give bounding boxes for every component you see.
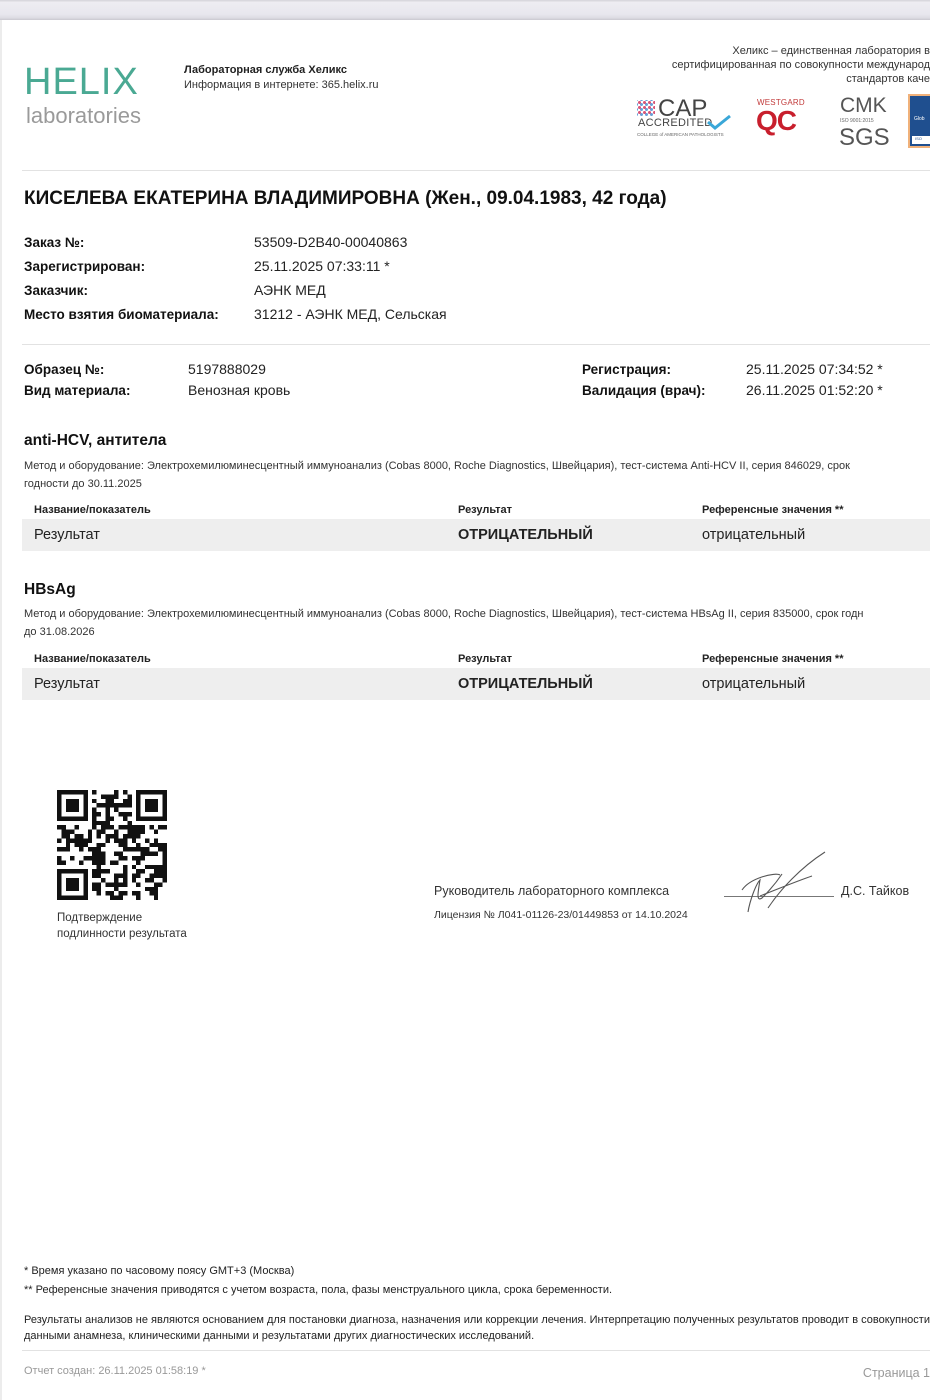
qr-code-icon[interactable]	[57, 790, 167, 900]
validation-value: 26.11.2025 01:52:20 *	[746, 382, 883, 398]
signer-name: Д.С. Тайков	[841, 884, 909, 898]
method-line: Метод и оборудование: Электрохемилюминес…	[24, 605, 930, 623]
qr-caption: Подтверждение подлинности результата	[57, 910, 187, 942]
viewer-top-bar	[0, 0, 930, 20]
method-line: Метод и оборудование: Электрохемилюминес…	[24, 457, 930, 475]
cert-text-line: стандартов каче	[672, 72, 930, 86]
collection-place-value: 31212 - АЭНК МЕД, Сельская	[254, 306, 447, 322]
test-title-hbsag: HBsAg	[24, 581, 76, 599]
customer-value: АЭНК МЕД	[254, 282, 326, 298]
cert-text-line: сертифицированная по совокупности междун…	[672, 58, 930, 72]
page-number: Страница 1	[863, 1366, 930, 1380]
signature-icon	[720, 850, 830, 920]
sample-number-value: 5197888029	[188, 361, 266, 377]
global-label: Glob	[914, 116, 925, 122]
registered-label: Зарегистрирован:	[24, 259, 145, 274]
header-divider	[22, 170, 930, 171]
material-type-value: Венозная кровь	[188, 382, 290, 398]
disclaimer: Результаты анализов не являются основани…	[24, 1312, 930, 1344]
lab-report-page: HELIX laboratories Лабораторная служба Х…	[0, 20, 930, 1400]
row-result: ОТРИЦАТЕЛЬНЫЙ	[458, 527, 593, 543]
order-divider	[22, 344, 930, 345]
test-method-hbsag: Метод и оборудование: Электрохемилюминес…	[24, 605, 930, 641]
reference-footnote: ** Референсные значения приводятся с уче…	[24, 1284, 612, 1296]
patient-title: КИСЕЛЕВА ЕКАТЕРИНА ВЛАДИМИРОВНА (Жен., 0…	[24, 188, 667, 210]
helix-logo-main: HELIX	[24, 61, 139, 104]
col-header-reference: Референсные значения **	[702, 504, 844, 516]
validation-label: Валидация (врач):	[582, 383, 705, 398]
registration-value: 25.11.2025 07:34:52 *	[746, 361, 883, 377]
row-name: Результат	[34, 527, 100, 543]
cert-text-line: Хеликс – единственная лаборатория в	[672, 44, 930, 58]
test-method-anti-hcv: Метод и оборудование: Электрохемилюминес…	[24, 457, 930, 493]
col-header-reference: Референсные значения **	[702, 653, 844, 665]
cap-dots-icon	[637, 100, 655, 116]
order-number-value: 53509-D2B40-00040863	[254, 234, 407, 250]
timezone-footnote: * Время указано по часовому поясу GMT+3 …	[24, 1265, 294, 1277]
signer-role: Руководитель лабораторного комплекса	[434, 884, 669, 898]
collection-place-label: Место взятия биоматериала:	[24, 307, 219, 322]
registration-label: Регистрация:	[582, 362, 671, 377]
sample-number-label: Образец №:	[24, 362, 104, 377]
cap-caption: COLLEGE of AMERICAN PATHOLOGISTS	[637, 132, 724, 137]
row-reference: отрицательный	[702, 676, 805, 692]
qr-caption-line: Подтверждение	[57, 910, 187, 926]
westgard-qc: QC	[756, 105, 796, 137]
global-cert-logo: Glob ISO	[908, 94, 930, 148]
material-type-label: Вид материала:	[24, 383, 130, 398]
sgs-cmk: CMK	[840, 94, 887, 118]
lab-website: Информация в интернете: 365.helix.ru	[184, 79, 379, 91]
helix-logo-sub: laboratories	[26, 103, 141, 129]
qr-caption-line: подлинности результата	[57, 926, 187, 942]
method-line: до 31.08.2026	[24, 623, 930, 641]
sgs-logo: CMK ISO 9001:2015 SGS	[838, 94, 888, 150]
footer-divider	[22, 1350, 930, 1351]
row-reference: отрицательный	[702, 527, 805, 543]
license-text: Лицензия № Л041-01126-23/01449853 от 14.…	[434, 909, 688, 921]
col-header-result: Результат	[458, 653, 512, 665]
sgs-label: SGS	[839, 124, 890, 152]
row-name: Результат	[34, 676, 100, 692]
order-number-label: Заказ №:	[24, 235, 84, 250]
customer-label: Заказчик:	[24, 283, 88, 298]
col-header-result: Результат	[458, 504, 512, 516]
westgard-qc-logo: WESTGARD QC	[754, 98, 816, 142]
cap-accredited-logo: CAP ACCREDITED COLLEGE of AMERICAN PATHO…	[636, 98, 736, 142]
col-header-name: Название/показатель	[34, 504, 151, 516]
report-created: Отчет создан: 26.11.2025 01:58:19 *	[24, 1365, 206, 1377]
test-title-anti-hcv: anti-HCV, антитела	[24, 432, 166, 450]
method-line: годности до 30.11.2025	[24, 475, 930, 493]
lab-name: Лабораторная служба Хеликс	[184, 64, 347, 76]
global-iso: ISO	[912, 136, 930, 144]
checkmark-icon	[706, 114, 732, 130]
col-header-name: Название/показатель	[34, 653, 151, 665]
cap-subtitle: ACCREDITED	[638, 117, 713, 129]
row-result: ОТРИЦАТЕЛЬНЫЙ	[458, 676, 593, 692]
certification-text: Хеликс – единственная лаборатория в серт…	[672, 44, 930, 86]
registered-value: 25.11.2025 07:33:11 *	[254, 258, 390, 274]
